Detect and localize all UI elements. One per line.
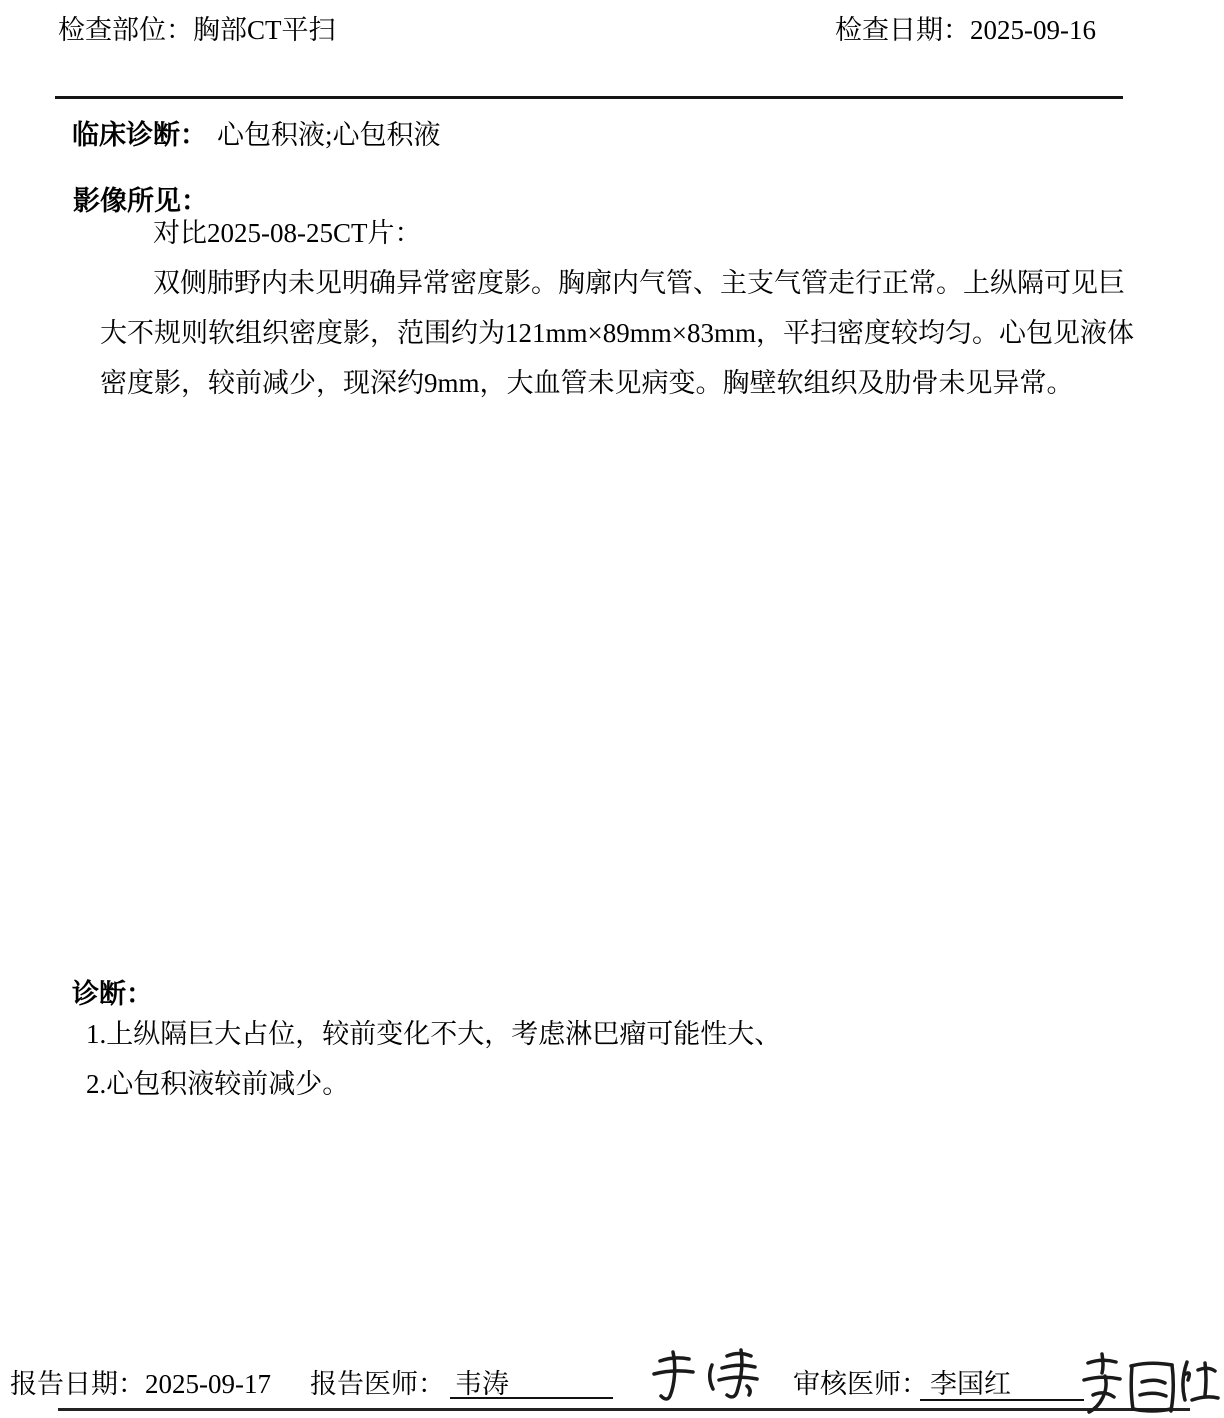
report-doctor-label: 报告医师： [310, 1362, 445, 1401]
header-separator-line [55, 96, 1123, 99]
clinical-diagnosis-label: 临床诊断： [72, 120, 207, 150]
review-doctor-handwritten-signature [1080, 1350, 1220, 1418]
exam-date-label: 检查日期： [835, 15, 970, 45]
review-doctor-label: 审核医师： [793, 1362, 928, 1401]
clinical-diagnosis-row: 临床诊断：心包积液;心包积液 [72, 113, 441, 152]
diagnosis-label: 诊断： [72, 972, 153, 1011]
report-doctor-handwritten-signature [648, 1346, 768, 1406]
exam-date-row: 检查日期：2025-09-16 [835, 8, 1096, 47]
findings-paragraph: 双侧肺野内未见明确异常密度影。胸廓内气管、主支气管走行正常。上纵隔可见巨大不规则… [100, 258, 1145, 408]
report-doctor-signature-line [450, 1397, 613, 1399]
findings-body: 对比2025-08-25CT片： 双侧肺野内未见明确异常密度影。胸廓内气管、主支… [100, 208, 1145, 408]
report-date-label: 报告日期： [10, 1369, 145, 1399]
exam-site-row: 检查部位：胸部CT平扫 [58, 8, 336, 47]
diagnosis-item-2: 2.心包积液较前减少。 [86, 1062, 349, 1101]
exam-site-label: 检查部位： [58, 15, 193, 45]
review-doctor-signature-line [920, 1399, 1084, 1401]
review-doctor-name: 李国红 [930, 1362, 1011, 1401]
footer-separator-line [58, 1408, 1190, 1411]
ct-report-page: 检查部位：胸部CT平扫 检查日期：2025-09-16 临床诊断：心包积液;心包… [0, 0, 1224, 1418]
report-date-row: 报告日期：2025-09-17 [10, 1362, 271, 1401]
findings-compare-line: 对比2025-08-25CT片： [100, 208, 1145, 258]
clinical-diagnosis-value: 心包积液;心包积液 [217, 120, 441, 150]
exam-site-value: 胸部CT平扫 [193, 15, 336, 45]
report-date-value: 2025-09-17 [145, 1369, 271, 1399]
exam-date-value: 2025-09-16 [970, 15, 1096, 45]
report-doctor-name: 韦涛 [455, 1362, 509, 1401]
diagnosis-item-1: 1.上纵隔巨大占位，较前变化不大，考虑淋巴瘤可能性大、 [86, 1012, 781, 1051]
